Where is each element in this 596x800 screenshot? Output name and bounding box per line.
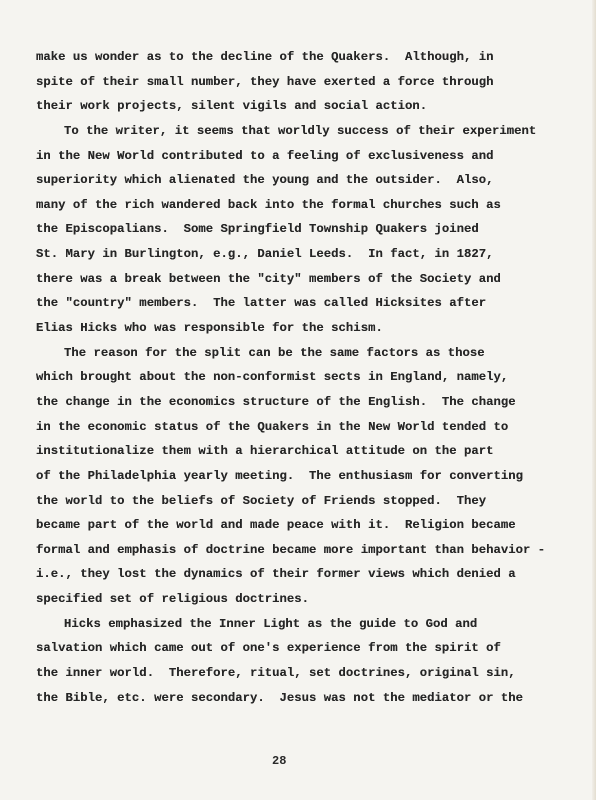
text-line: formal and emphasis of doctrine became m… xyxy=(36,538,576,563)
text-line: Elias Hicks who was responsible for the … xyxy=(36,316,576,341)
text-line: the Episcopalians. Some Springfield Town… xyxy=(36,217,576,242)
text-line: which brought about the non-conformist s… xyxy=(36,365,576,390)
page-number: 28 xyxy=(272,754,286,768)
text-line: specified set of religious doctrines. xyxy=(36,587,576,612)
text-line: St. Mary in Burlington, e.g., Daniel Lee… xyxy=(36,242,576,267)
text-line: of the Philadelphia yearly meeting. The … xyxy=(36,464,576,489)
text-line: in the New World contributed to a feelin… xyxy=(36,144,576,169)
text-line: institutionalize them with a hierarchica… xyxy=(36,439,576,464)
text-line: the change in the economics structure of… xyxy=(36,390,576,415)
document-body: make us wonder as to the decline of the … xyxy=(36,45,576,710)
text-line: i.e., they lost the dynamics of their fo… xyxy=(36,562,576,587)
text-line: the inner world. Therefore, ritual, set … xyxy=(36,661,576,686)
text-line: spite of their small number, they have e… xyxy=(36,70,576,95)
text-line: became part of the world and made peace … xyxy=(36,513,576,538)
text-line: the Bible, etc. were secondary. Jesus wa… xyxy=(36,686,576,711)
text-line: The reason for the split can be the same… xyxy=(36,341,576,366)
page-edge xyxy=(592,0,596,800)
text-line: in the economic status of the Quakers in… xyxy=(36,415,576,440)
text-line: their work projects, silent vigils and s… xyxy=(36,94,576,119)
text-line: Hicks emphasized the Inner Light as the … xyxy=(36,612,576,637)
text-line: To the writer, it seems that worldly suc… xyxy=(36,119,576,144)
text-line: salvation which came out of one's experi… xyxy=(36,636,576,661)
text-line: make us wonder as to the decline of the … xyxy=(36,45,576,70)
text-line: superiority which alienated the young an… xyxy=(36,168,576,193)
text-line: many of the rich wandered back into the … xyxy=(36,193,576,218)
text-line: the world to the beliefs of Society of F… xyxy=(36,489,576,514)
text-line: the "country" members. The latter was ca… xyxy=(36,291,576,316)
text-line: there was a break between the "city" mem… xyxy=(36,267,576,292)
